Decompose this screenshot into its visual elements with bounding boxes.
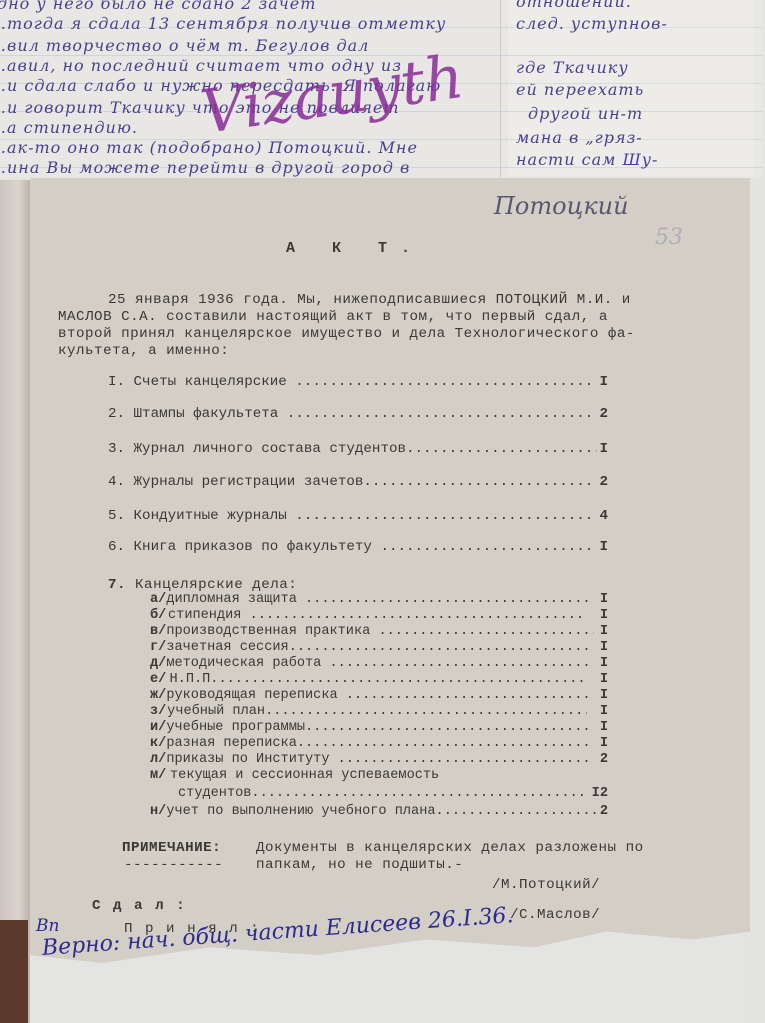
case-file-item: в/производственная практика ............… [150, 624, 608, 639]
document-title: А К Т. [286, 240, 424, 257]
intro-line: второй принял канцелярское имущество и д… [58, 326, 635, 342]
intro-line: МАСЛОВ С.А. составили настоящий акт в то… [58, 309, 608, 325]
item-number: 4. [108, 474, 125, 490]
case-file-item: г/зачетная сессия.......................… [150, 640, 608, 655]
item-number: 3. [108, 441, 125, 457]
hand-line-right: насти сам Шу- [516, 150, 658, 169]
inventory-item: 6. Книга приказов по факультету ........… [108, 539, 608, 555]
case-file-item: б/стипендия ............................… [150, 608, 608, 623]
case-file-item: д/методическая работа ..................… [150, 656, 608, 671]
handwritten-right-sheet: отношении. след. уступнов- где Ткачику е… [508, 0, 754, 176]
section-7-heading: 7. Канцелярские дела: [108, 577, 297, 593]
signatory-name: /С.Маслов/ [510, 907, 600, 923]
intro-line: культета, а именно: [58, 343, 229, 359]
item-label: Журнал личного состава студентов [134, 441, 406, 457]
case-file-item: з/учебный план..........................… [150, 704, 608, 719]
note-text: Документы в канцелярских делах разложены… [256, 840, 644, 856]
pencil-note-name: Потоцкий [494, 192, 629, 220]
hand-line-left: …тогда я сдала 13 сентября получив отмет… [0, 14, 446, 33]
item-label: Счеты канцелярские [134, 374, 287, 390]
hand-line-left: …а стипендию. [0, 118, 138, 137]
note-underline: ----------- [124, 857, 223, 873]
hand-line-right: другой ин-т [528, 104, 643, 123]
signatory-name: /М.Потоцкий/ [492, 877, 600, 893]
case-file-item: а/дипломная защита .....................… [150, 592, 608, 607]
page-edge-shadow [0, 180, 30, 1023]
item-label: Книга приказов по факультету [134, 539, 372, 555]
inventory-item: 4. Журналы регистрации зачетов .........… [108, 474, 608, 490]
intro-line: 25 января 1936 года. Мы, нижеподписавшие… [108, 292, 631, 308]
item-count: I [591, 374, 608, 390]
page-number-mark: 53 [655, 225, 683, 250]
torn-corner [0, 920, 28, 1023]
hand-line-right: отношении. [516, 0, 632, 11]
page-edge-right [750, 178, 765, 1023]
case-file-item: е/Н.П.П.................................… [150, 672, 608, 687]
item-count: 2 [595, 474, 608, 490]
hand-line-right: где Ткачику [516, 58, 629, 77]
inventory-item: I. Счеты канцелярские ..................… [108, 374, 608, 390]
item-number: 2. [108, 406, 125, 422]
item-label: Журналы регистрации зачетов [134, 474, 364, 490]
certification-mark: Вп [36, 916, 59, 936]
case-file-item: и/учебные программы.....................… [150, 720, 608, 735]
case-file-item: л/приказы по Институту .................… [150, 752, 608, 767]
case-file-item-continuation: студентов...............................… [178, 786, 608, 801]
case-file-item: к/разная переписка......................… [150, 736, 608, 751]
item-count: I [596, 539, 608, 555]
item-number: 5. [108, 508, 125, 524]
case-file-item: ж/руководящая переписка ................… [150, 688, 608, 703]
item-number: I. [108, 374, 125, 390]
item-count: I [597, 441, 608, 457]
item-count: 4 [591, 508, 608, 524]
column-divider [500, 0, 501, 178]
item-label: Штампы факультета [134, 406, 279, 422]
item-label: Кондуитные журналы [134, 508, 287, 524]
handed-over-label: С д а л : [92, 898, 187, 914]
item-number: 6. [108, 539, 125, 555]
hand-line-right: ей переехать [516, 80, 644, 99]
case-file-item: н/учет по выполнению учебного плана.....… [150, 804, 608, 819]
hand-line-right: мана в „гряз- [516, 128, 643, 147]
note-text: папкам, но не подшиты.- [256, 857, 463, 873]
inventory-item: 5. Кондуитные журналы ..................… [108, 508, 608, 524]
item-count: 2 [591, 406, 608, 422]
inventory-item: 3. Журнал личного состава студентов ....… [108, 441, 608, 457]
hand-line-left: …ина Вы можете перейти в другой город в [0, 158, 410, 177]
inventory-item: 2. Штампы факультета ...................… [108, 406, 608, 422]
case-file-item: м/текущая и сессионная успеваемость [150, 768, 608, 783]
hand-line-right: след. уступнов- [516, 14, 668, 33]
hand-line-left: …вил творчество о чём т. Бегулов дал [0, 36, 369, 55]
note-label: ПРИМЕЧАНИЕ: [122, 840, 221, 856]
hand-line-left: …дно у него было не сдано 2 зачёт [0, 0, 316, 13]
